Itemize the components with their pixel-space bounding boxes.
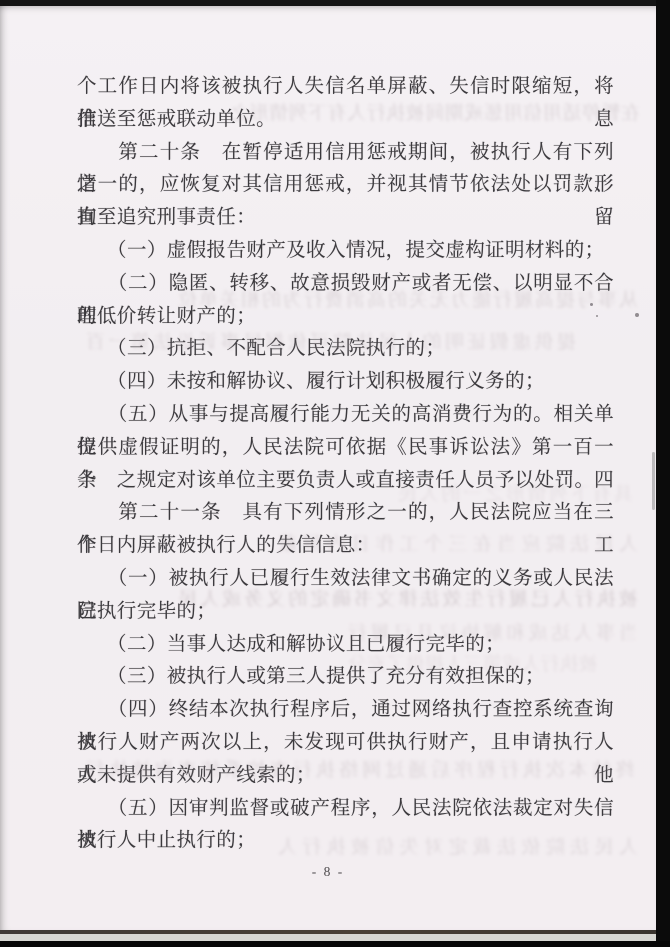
scanner-edge-bottom [0,941,670,947]
page-number: - 8 - [0,862,656,882]
document-text-block: 个工作日内将该被执行人失信名单屏蔽、失信时限缩短，将信息推送至惩戒联动单位。 第… [77,71,614,858]
text-line: 的低价转让财产的； [77,301,614,334]
paper-edge-highlight [652,452,655,510]
text-line: （五）从事与提高履行能力无关的高消费行为的。相关单位 [77,399,614,432]
scanner-edge-right [656,0,670,947]
text-line: 第二十一条 具有下列情形之一的，人民法院应当在三个工 [77,497,614,530]
scanner-edge-top [0,0,670,6]
text-line: 条 之规定对该单位主要负责人或直接责任人员予以处罚。 [77,465,614,498]
text-line: 第二十条 在暂停适用信用惩戒期间，被执行人有下列情形 [77,137,614,170]
scanned-document-page: 个工作日内将该被执行人失信名单屏蔽、失信时限缩短，将信息推送至惩戒联动单位。 第… [0,6,656,930]
text-line: （二）当事人达成和解协议且已履行完毕的； [77,629,614,662]
dust-speck [635,313,639,317]
text-line: （一）被执行人已履行生效法律文书确定的义务或人民法院 [77,563,614,596]
scanner-bed-strip [0,934,660,941]
text-line: 执行人财产两次以上，未发现可供执行财产，且申请执行人或他 [77,727,614,760]
text-line: （四）未按和解协议、履行计划积极履行义务的； [77,366,614,399]
text-line: （一）虚假报告财产及收入情况，提交虚构证明材料的； [77,235,614,268]
text-line: 提供虚假证明的，人民法院可依据《民事诉讼法》第一百一十四 [77,432,614,465]
text-line: 个工作日内将该被执行人失信名单屏蔽、失信时限缩短，将信息 [77,71,614,104]
dust-speck [590,303,593,306]
text-line: 执行人中止执行的； [77,825,614,858]
text-line: 之一的，应恢复对其信用惩戒，并视其情节依法处以罚款、拘留 [77,169,614,202]
dust-speck [596,315,598,317]
text-line: 已执行完毕的； [77,596,614,629]
text-line: （三）被执行人或第三人提供了充分有效担保的； [77,661,614,694]
text-line: （三）抗拒、不配合人民法院执行的； [77,333,614,366]
text-line: （四）终结本次执行程序后，通过网络执行查控系统查询被 [77,694,614,727]
text-line: （五）因审判监督或破产程序，人民法院依法裁定对失信被 [77,793,614,826]
text-line: （二）隐匿、转移、故意损毁财产或者无偿、以明显不合理 [77,268,614,301]
